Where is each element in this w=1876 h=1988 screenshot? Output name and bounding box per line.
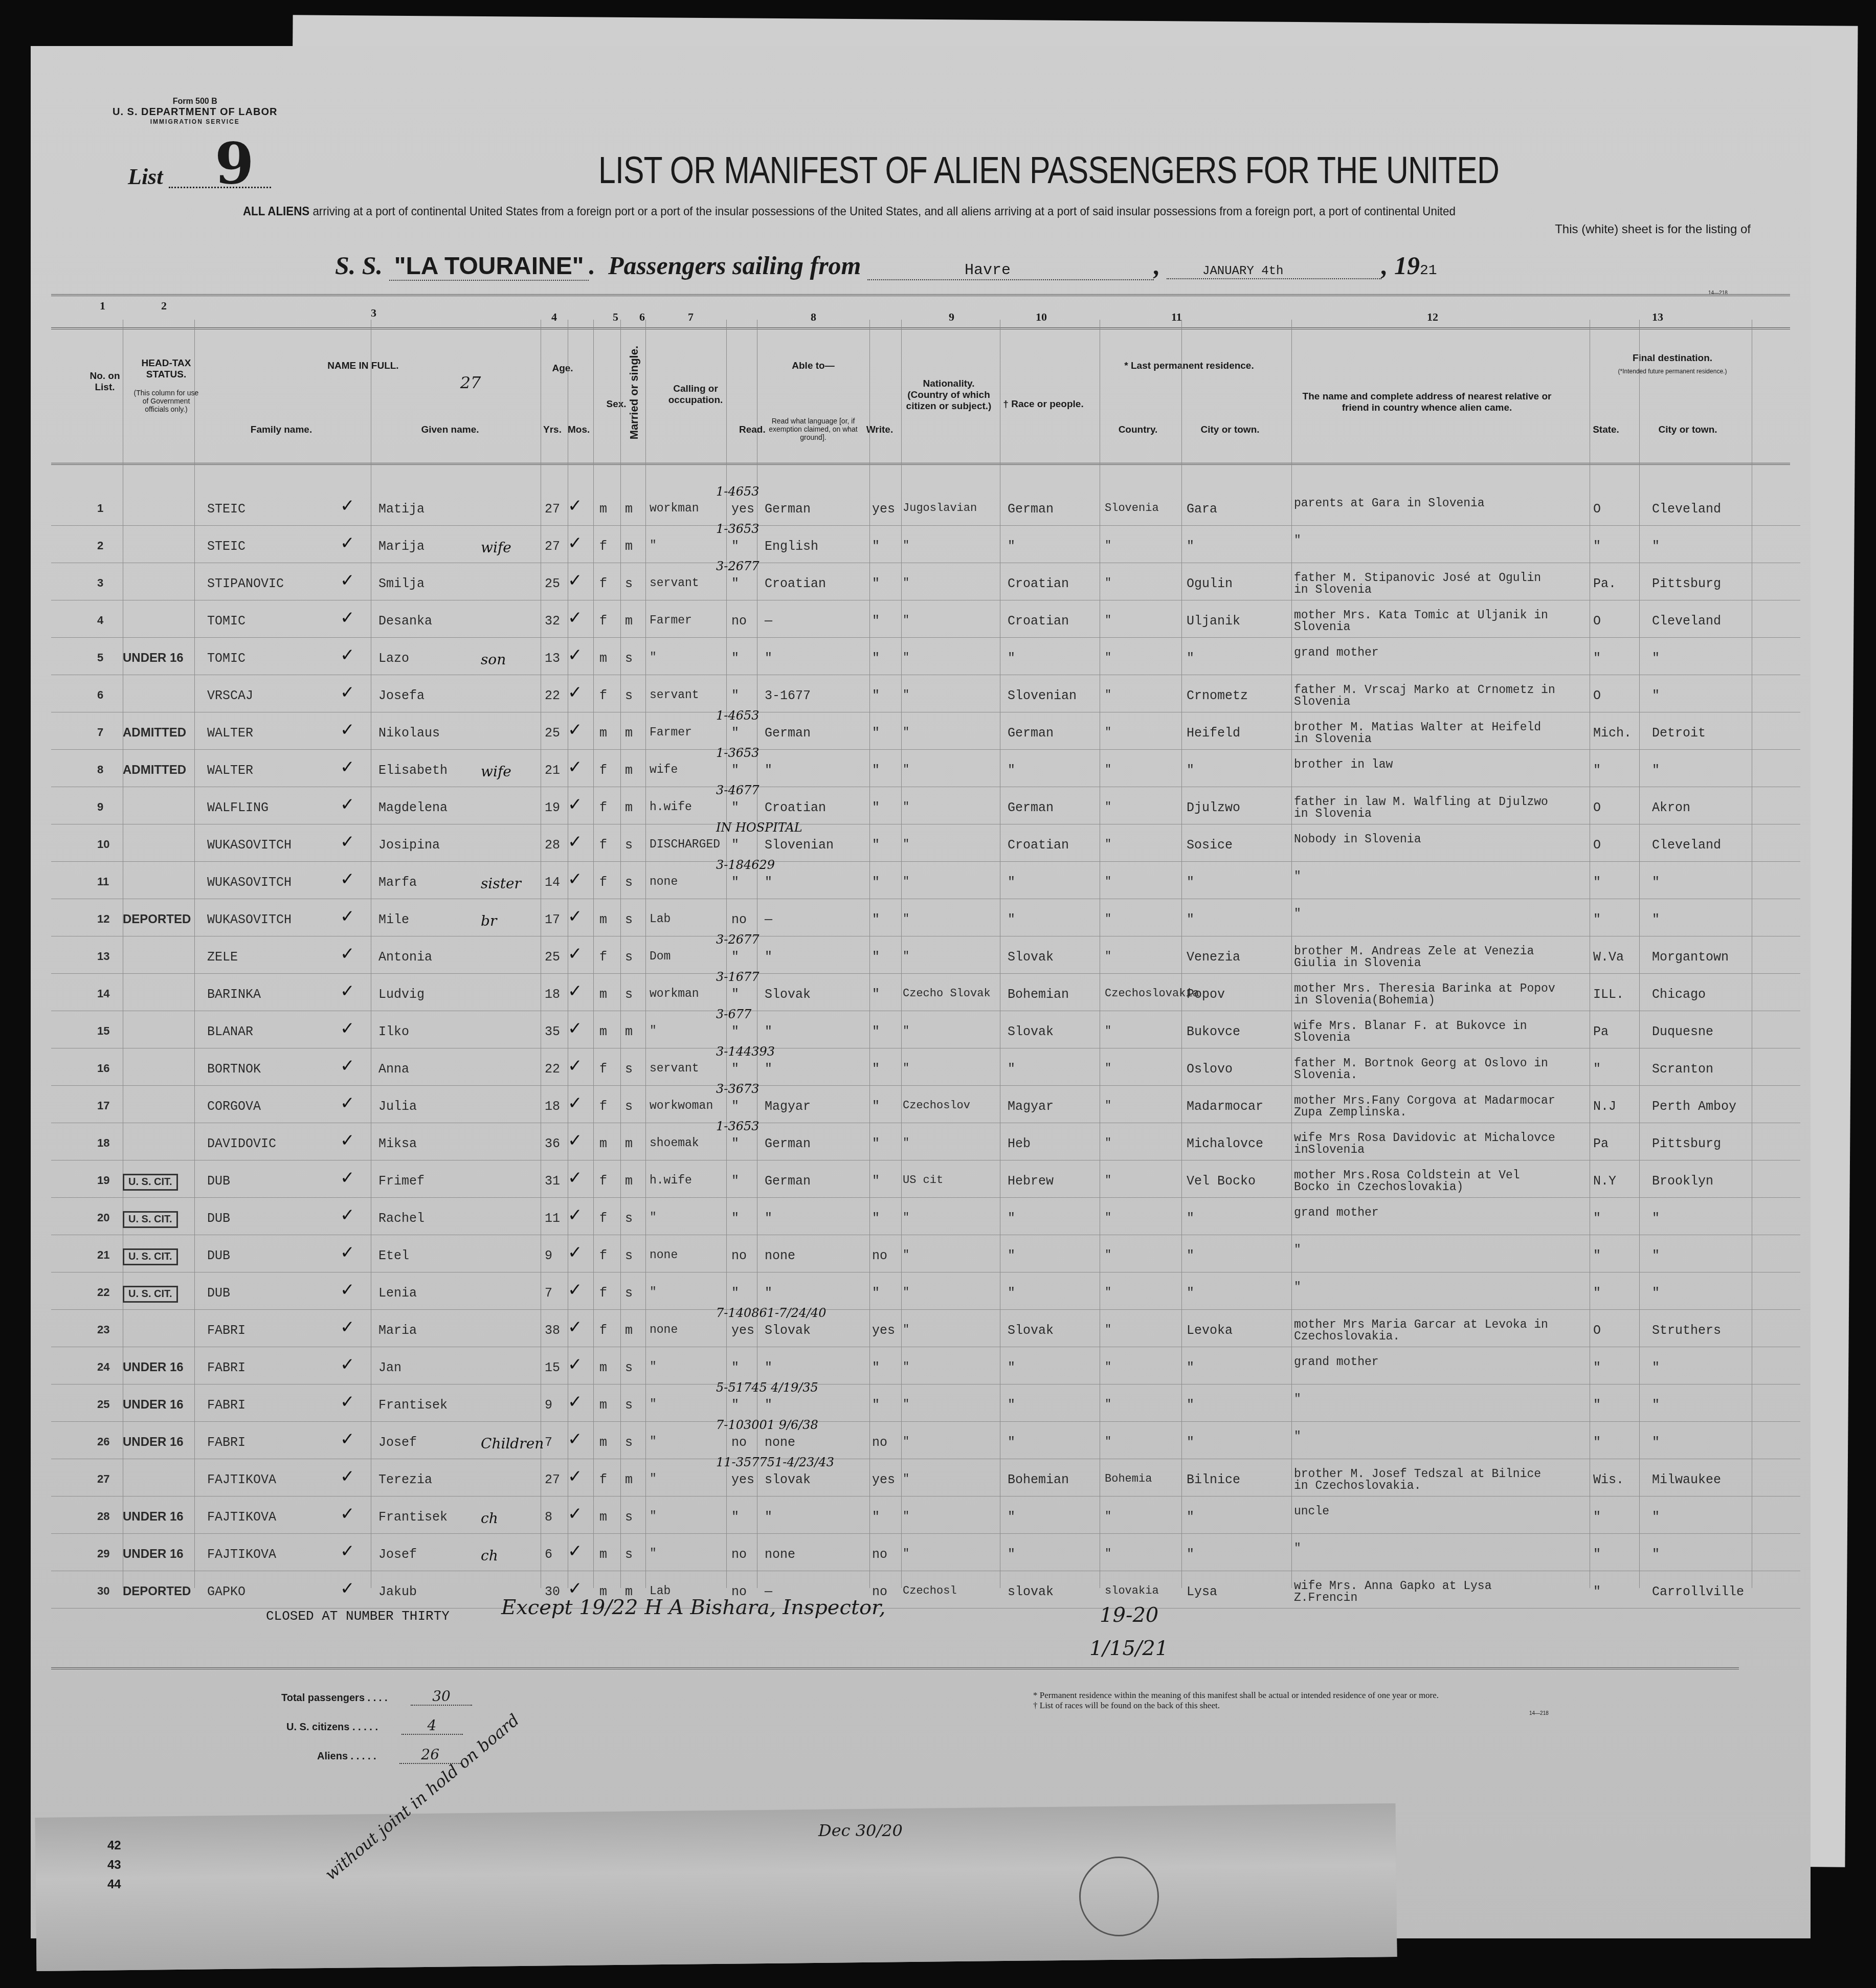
- check-mark-icon: ✓: [568, 1504, 583, 1524]
- sex: m: [599, 651, 607, 666]
- country: ": [1105, 1510, 1111, 1523]
- age-years: 25: [545, 576, 560, 591]
- race: ": [1008, 1398, 1015, 1413]
- relative-address: ": [1294, 1244, 1560, 1256]
- occupation: servant: [650, 688, 699, 702]
- check-mark-icon: ✓: [568, 570, 583, 591]
- age-years: 15: [545, 1360, 560, 1375]
- read-language: none: [765, 1248, 795, 1263]
- sex: f: [599, 800, 607, 815]
- city: ": [1187, 1211, 1194, 1226]
- service: IMMIGRATION SERVICE: [113, 118, 277, 125]
- dest-city: Scranton: [1652, 1062, 1713, 1077]
- occupation: shoemak: [650, 1136, 699, 1150]
- city: Gara: [1187, 502, 1217, 517]
- can-write: ": [872, 875, 880, 890]
- relative-address: brother in law: [1294, 759, 1560, 771]
- check-mark-icon: ✓: [568, 1429, 583, 1449]
- occupation: Farmer: [650, 726, 692, 739]
- can-write: ": [872, 763, 880, 778]
- race: ": [1008, 1062, 1015, 1077]
- head-tax-status: UNDER 16: [123, 1435, 184, 1449]
- header-city: City or town.: [1192, 425, 1268, 436]
- can-write: ": [872, 576, 880, 591]
- can-write: yes: [872, 1472, 895, 1487]
- city: Levoka: [1187, 1323, 1233, 1338]
- race: ": [1008, 1360, 1015, 1375]
- inspector-annotation: 11-357751-4/23/43: [716, 1455, 834, 1469]
- country: ": [1105, 1323, 1111, 1336]
- read-language: German: [765, 726, 811, 741]
- page-title: LIST OR MANIFEST OF ALIEN PASSENGERS FOR…: [598, 148, 1499, 192]
- race: Hebrew: [1008, 1174, 1054, 1189]
- family-name: STIPANOVIC: [207, 576, 284, 591]
- married-or-single: s: [625, 875, 633, 890]
- race: ": [1008, 1435, 1015, 1450]
- nationality: ": [903, 726, 909, 739]
- married-or-single: s: [625, 1062, 633, 1077]
- age-years: 8: [545, 1510, 552, 1525]
- race: Heb: [1008, 1136, 1031, 1151]
- sex: f: [599, 763, 607, 778]
- check-mark-icon: ✓: [568, 832, 583, 852]
- rule-bottom: [51, 1667, 1739, 1669]
- row-number: 25: [97, 1398, 109, 1411]
- dest-state: ": [1593, 875, 1601, 890]
- dest-city: Cleveland: [1652, 502, 1721, 517]
- dest-state: ": [1593, 1510, 1601, 1525]
- check-mark-icon: ✓: [340, 1354, 355, 1375]
- relative-address: brother M. Andreas Zele at Venezia Giuli…: [1294, 946, 1560, 969]
- closing-extra-note: 19-20: [1100, 1603, 1158, 1627]
- dest-state: ": [1593, 1248, 1601, 1263]
- city: Vel Bocko: [1187, 1174, 1256, 1189]
- race: German: [1008, 800, 1054, 815]
- check-mark-icon: ✓: [340, 1466, 355, 1487]
- colnum: 13: [1652, 310, 1663, 324]
- subtitle-sheet-note: This (white) sheet is for the listing of: [1555, 222, 1751, 237]
- given-name: Julia: [378, 1099, 417, 1114]
- country: ": [1105, 576, 1111, 589]
- row-number: 11: [97, 875, 109, 888]
- race: Magyar: [1008, 1099, 1054, 1114]
- underlying-row: 44: [107, 1875, 121, 1894]
- can-write: ": [872, 539, 880, 554]
- row-number: 18: [97, 1136, 109, 1150]
- row-number: 19: [97, 1174, 109, 1187]
- relative-address: grand mother: [1294, 647, 1560, 659]
- age-years: 14: [545, 875, 560, 890]
- dest-state: N.J: [1593, 1099, 1616, 1114]
- city: Djulzwo: [1187, 800, 1240, 815]
- race: Slovenian: [1008, 688, 1077, 703]
- row-number: 7: [97, 726, 103, 739]
- sex: f: [599, 539, 607, 554]
- row-number: 30: [97, 1584, 109, 1598]
- dest-city: ": [1652, 651, 1660, 666]
- given-name: Lenia: [378, 1286, 417, 1301]
- dest-state: ": [1593, 651, 1601, 666]
- dest-city: Milwaukee: [1652, 1472, 1721, 1487]
- age-years: 27: [545, 1472, 560, 1487]
- check-mark-icon: ✓: [340, 1242, 355, 1263]
- occupation: none: [650, 875, 678, 888]
- sex: f: [599, 1323, 607, 1338]
- nationality: ": [903, 1248, 909, 1261]
- sex: f: [599, 875, 607, 890]
- country: ": [1105, 800, 1111, 813]
- family-name: DUB: [207, 1211, 230, 1226]
- row-number: 23: [97, 1323, 109, 1336]
- dest-city: ": [1652, 1398, 1660, 1413]
- married-or-single: m: [625, 1174, 633, 1189]
- city: ": [1187, 1435, 1194, 1450]
- relative-address: father M. Bortnok Georg at Oslovo in Slo…: [1294, 1058, 1560, 1081]
- nationality: ": [903, 1136, 909, 1149]
- race: ": [1008, 539, 1015, 554]
- check-mark-icon: ✓: [568, 645, 583, 665]
- race: ": [1008, 875, 1015, 890]
- family-name: WALTER: [207, 726, 253, 741]
- table-row: 29 UNDER 16 FAJTIKOVA ✓ Josef ch 6 ✓ m s…: [51, 1534, 1800, 1571]
- age-years: 18: [545, 1099, 560, 1114]
- check-mark-icon: ✓: [340, 1317, 355, 1337]
- read-language: ": [765, 875, 772, 890]
- dest-city: Cleveland: [1652, 838, 1721, 853]
- married-or-single: m: [625, 726, 633, 741]
- check-mark-icon: ✓: [340, 981, 355, 1001]
- race: ": [1008, 1211, 1015, 1226]
- family-name: DUB: [207, 1248, 230, 1263]
- family-name: VRSCAJ: [207, 688, 253, 703]
- occupation: Lab: [650, 912, 671, 926]
- city: ": [1187, 1360, 1194, 1375]
- age-years: 27: [545, 502, 560, 517]
- inspector-annotation: 3-2677: [716, 559, 759, 573]
- age-years: 35: [545, 1024, 560, 1039]
- country: ": [1105, 1248, 1111, 1261]
- nationality: ": [903, 1286, 909, 1299]
- footnotes: * Permanent residence within the meaning…: [1033, 1690, 1439, 1711]
- colnum: 9: [949, 310, 954, 324]
- city: Venezia: [1187, 950, 1240, 965]
- relative-address: grand mother: [1294, 1207, 1560, 1219]
- inspector-annotation: 1-4653: [716, 484, 759, 499]
- relative-address: ": [1294, 908, 1560, 920]
- relative-address: mother Mrs.Fany Corgova at Madarmocar Zu…: [1294, 1095, 1560, 1119]
- dest-state: Mich.: [1593, 726, 1632, 741]
- colnum: 5: [613, 310, 618, 324]
- can-read: ": [731, 539, 739, 554]
- country: ": [1105, 1547, 1111, 1560]
- married-or-single: m: [625, 1472, 633, 1487]
- occupation: servant: [650, 1062, 699, 1075]
- given-name: Frimef: [378, 1174, 425, 1189]
- race: ": [1008, 912, 1015, 927]
- row-number: 16: [97, 1062, 109, 1075]
- can-write: no: [872, 1547, 887, 1562]
- family-name: STEIC: [207, 502, 245, 517]
- table-row: 13 ZELE ✓ Antonia 25 ✓ f s Dom " " " " S…: [51, 936, 1800, 974]
- occupation: ": [650, 1472, 657, 1486]
- header-final-dest-note: (*Intended future permanent residence.): [1596, 368, 1749, 375]
- age-years: 31: [545, 1174, 560, 1189]
- family-name: WUKASOVITCH: [207, 875, 292, 890]
- can-write: no: [872, 1435, 887, 1450]
- age-years: 27: [545, 539, 560, 554]
- table-row: 9 WALFLING ✓ Magdelena 19 ✓ f m h.wife "…: [51, 787, 1800, 824]
- nationality: ": [903, 1062, 909, 1075]
- given-name: Josef: [378, 1435, 417, 1450]
- sex: m: [599, 502, 607, 517]
- can-write: ": [872, 1062, 880, 1077]
- sailing-label: Passengers sailing from: [608, 251, 861, 280]
- dest-city: ": [1652, 1510, 1660, 1525]
- race: Slovak: [1008, 950, 1054, 965]
- married-or-single: s: [625, 912, 633, 927]
- dest-state: W.Va: [1593, 950, 1624, 965]
- dest-state: ": [1593, 1435, 1601, 1450]
- age-years: 11: [545, 1211, 560, 1226]
- header-head-tax: HEAD-TAX STATUS.: [130, 358, 202, 381]
- check-mark-icon: ✓: [340, 1018, 355, 1039]
- married-or-single: s: [625, 950, 633, 965]
- table-row: 5 UNDER 16 TOMIC ✓ Lazo son 13 ✓ m s " "…: [51, 638, 1800, 675]
- footnote-races: † List of races will be found on the bac…: [1033, 1701, 1439, 1711]
- family-name: FABRI: [207, 1398, 245, 1413]
- sex: f: [599, 614, 607, 629]
- header-mos: Mos.: [568, 425, 588, 436]
- inspector-signature: Except 19/22 H A Bishara, Inspector,: [501, 1596, 886, 1619]
- city: Lysa: [1187, 1584, 1217, 1599]
- nationality: ": [903, 875, 909, 888]
- occupation: wife: [650, 763, 678, 776]
- relative-address: parents at Gara in Slovenia: [1294, 498, 1560, 509]
- dest-city: Morgantown: [1652, 950, 1729, 965]
- nationality: Czecho Slovak: [903, 987, 991, 1000]
- family-name: FABRI: [207, 1435, 245, 1450]
- table-row: 4 TOMIC ✓ Desanka 32 ✓ f m Farmer no — "…: [51, 600, 1800, 638]
- family-name: FABRI: [207, 1323, 245, 1338]
- age-years: 18: [545, 987, 560, 1002]
- family-name: TOMIC: [207, 614, 245, 629]
- check-mark-icon: ✓: [568, 1466, 583, 1487]
- married-or-single: s: [625, 1211, 633, 1226]
- relative-address: ": [1294, 1282, 1560, 1293]
- can-write: yes: [872, 502, 895, 517]
- header-able-to: Able to—: [783, 361, 844, 372]
- check-mark-icon: ✓: [340, 1168, 355, 1188]
- head-tax-status: ADMITTED: [123, 763, 186, 777]
- total-label: Total passengers: [281, 1692, 365, 1704]
- table-row: 17 CORGOVA ✓ Julia 18 ✓ f s workwoman " …: [51, 1086, 1800, 1123]
- city: Crnometz: [1187, 688, 1248, 703]
- can-read: ": [731, 1360, 739, 1375]
- header-annotation: 27: [455, 373, 486, 392]
- country: slovakia: [1105, 1584, 1159, 1597]
- given-name: Magdelena: [378, 800, 448, 815]
- read-language: ": [765, 1398, 772, 1413]
- check-mark-icon: ✓: [568, 906, 583, 927]
- can-read: ": [731, 726, 739, 741]
- read-language: ": [765, 763, 772, 778]
- table-row: 23 FABRI ✓ Maria 38 ✓ f m none yes Slova…: [51, 1310, 1800, 1347]
- city: ": [1187, 1510, 1194, 1525]
- dest-city: ": [1652, 875, 1660, 890]
- colnum: 3: [371, 306, 376, 320]
- family-name: BLANAR: [207, 1024, 253, 1039]
- read-language: ": [765, 651, 772, 666]
- read-language: —: [765, 614, 772, 629]
- handwritten-note: wife: [481, 763, 511, 780]
- occupation: ": [650, 1547, 657, 1560]
- table-row: 2 STEIC ✓ Marija wife 27 ✓ f m " " Engli…: [51, 526, 1800, 563]
- race: ": [1008, 1248, 1015, 1263]
- race: ": [1008, 1286, 1015, 1301]
- city: ": [1187, 1248, 1194, 1263]
- can-write: ": [872, 800, 880, 815]
- table-row: 3 STIPANOVIC ✓ Smilja 25 ✓ f s servant "…: [51, 563, 1800, 600]
- inspector-annotation: 1-3653: [716, 522, 759, 536]
- can-write: no: [872, 1248, 887, 1263]
- family-name: DAVIDOVIC: [207, 1136, 276, 1151]
- dest-city: ": [1652, 1286, 1660, 1301]
- age-years: 28: [545, 838, 560, 853]
- nationality: ": [903, 1323, 909, 1336]
- table-row: 24 UNDER 16 FABRI ✓ Jan 15 ✓ m s " " " "…: [51, 1347, 1800, 1384]
- rule-colnums: [51, 327, 1790, 329]
- can-read: no: [731, 614, 747, 629]
- header-yrs: Yrs.: [542, 425, 563, 436]
- header-no-on-list: No. on List.: [87, 371, 123, 393]
- header-last-residence: * Last permanent residence.: [1100, 361, 1279, 372]
- family-name: WALFLING: [207, 800, 269, 815]
- occupation: h.wife: [650, 1174, 692, 1187]
- nationality: ": [903, 800, 909, 813]
- country: ": [1105, 950, 1111, 963]
- table-row: 6 VRSCAJ ✓ Josefa 22 ✓ f s servant " 3-1…: [51, 675, 1800, 712]
- handwritten-note: Children: [481, 1435, 544, 1452]
- sex: f: [599, 838, 607, 853]
- dest-city: Pittsburg: [1652, 1136, 1721, 1151]
- citizens-label: U. S. citizens: [286, 1722, 349, 1733]
- country: ": [1105, 875, 1111, 888]
- check-mark-icon: ✓: [568, 608, 583, 628]
- city: Bukovce: [1187, 1024, 1240, 1039]
- check-mark-icon: ✓: [568, 1541, 583, 1561]
- country: ": [1105, 651, 1111, 664]
- read-language: German: [765, 502, 811, 517]
- given-name: Ludvig: [378, 987, 425, 1002]
- age-years: 38: [545, 1323, 560, 1338]
- can-read: yes: [731, 1472, 754, 1487]
- can-write: ": [872, 726, 880, 741]
- table-row: 19 U. S. CIT. DUB ✓ Frimef 31 ✓ f m h.wi…: [51, 1160, 1800, 1198]
- check-mark-icon: ✓: [340, 1205, 355, 1225]
- check-mark-icon: ✓: [340, 869, 355, 889]
- family-name: TOMIC: [207, 651, 245, 666]
- occupation: h.wife: [650, 800, 692, 814]
- occupation: ": [650, 1024, 657, 1038]
- colnum: 4: [551, 310, 557, 324]
- given-name: Jan: [378, 1360, 401, 1375]
- given-name: Elisabeth: [378, 763, 448, 778]
- city: ": [1187, 875, 1194, 890]
- read-language: none: [765, 1547, 795, 1562]
- head-tax-status: U. S. CIT.: [123, 1248, 178, 1265]
- sex: m: [599, 1510, 607, 1525]
- ship-line: S. S. "LA TOURAINE". Passengers sailing …: [335, 251, 1437, 280]
- city: Popov: [1187, 987, 1225, 1002]
- year-prefix: 19: [1394, 251, 1420, 280]
- can-write: ": [872, 1211, 880, 1226]
- country: ": [1105, 688, 1111, 701]
- check-mark-icon: ✓: [568, 1018, 583, 1039]
- city: Madarmocar: [1187, 1099, 1263, 1114]
- dest-city: ": [1652, 1435, 1660, 1450]
- check-mark-icon: ✓: [340, 1130, 355, 1151]
- can-read: ": [731, 1062, 739, 1077]
- head-tax-status: DEPORTED: [123, 1584, 191, 1599]
- read-language: Croatian: [765, 800, 826, 815]
- nationality: ": [903, 912, 909, 925]
- given-name: Nikolaus: [378, 726, 440, 741]
- check-mark-icon: ✓: [340, 832, 355, 852]
- country: ": [1105, 1024, 1111, 1037]
- age-years: 9: [545, 1398, 552, 1413]
- dest-state: N.Y: [1593, 1174, 1616, 1189]
- can-read: ": [731, 651, 739, 666]
- dest-state: O: [1593, 1323, 1601, 1338]
- age-years: 7: [545, 1435, 552, 1450]
- married-or-single: s: [625, 1286, 633, 1301]
- race: ": [1008, 1510, 1015, 1525]
- nationality: ": [903, 1024, 909, 1037]
- nationality: US cit: [903, 1174, 943, 1187]
- married-or-single: m: [625, 1136, 633, 1151]
- can-read: ": [731, 800, 739, 815]
- inspector-annotation: 5-51745 4/19/35: [716, 1380, 818, 1395]
- married-or-single: m: [625, 800, 633, 815]
- header-state: State.: [1591, 425, 1621, 436]
- row-number: 6: [97, 688, 103, 702]
- family-name: WUKASOVITCH: [207, 912, 292, 927]
- can-read: ": [731, 1136, 739, 1151]
- occupation: ": [650, 1435, 657, 1448]
- list-label: List: [128, 164, 163, 190]
- city: Bilnice: [1187, 1472, 1240, 1487]
- aliens-label: Aliens: [317, 1751, 348, 1762]
- country: ": [1105, 763, 1111, 776]
- dest-city: ": [1652, 1248, 1660, 1263]
- dest-state: ": [1593, 1062, 1601, 1077]
- table-row: 10 WUKASOVITCH ✓ Josipina 28 ✓ f s DISCH…: [51, 824, 1800, 862]
- family-name: ZELE: [207, 950, 238, 965]
- form-code-bottom: 14—218: [1529, 1711, 1549, 1716]
- age-years: 25: [545, 950, 560, 965]
- can-read: ": [731, 688, 739, 703]
- can-write: ": [872, 614, 880, 629]
- dest-state: Wis.: [1593, 1472, 1624, 1487]
- totals: Total passengers . . . . 30 U. S. citize…: [281, 1688, 472, 1775]
- dest-city: ": [1652, 1211, 1660, 1226]
- country: ": [1105, 1099, 1111, 1112]
- dest-state: Pa: [1593, 1136, 1609, 1151]
- relative-address: wife Mrs. Anna Gapko at Lysa Z.Frencin: [1294, 1580, 1560, 1604]
- handwritten-note: sister: [481, 875, 521, 892]
- can-read: ": [731, 950, 739, 965]
- can-read: yes: [731, 1323, 754, 1338]
